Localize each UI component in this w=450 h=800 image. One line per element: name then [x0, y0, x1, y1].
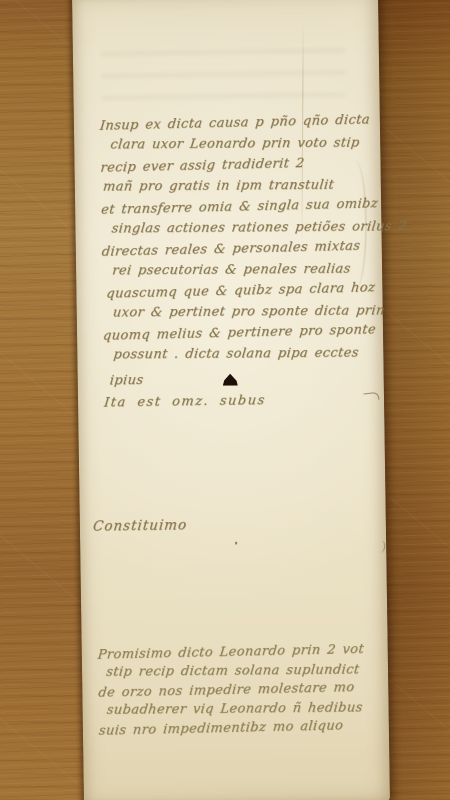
pen-flourish — [376, 540, 386, 553]
wormhole — [223, 374, 238, 386]
manuscript-page: Insup ex dicta causa p pño qño dicta cla… — [72, 0, 390, 800]
ink-showthrough — [101, 43, 346, 113]
manuscript-line: possunt . dicta solana pipa ecctes — [102, 342, 380, 365]
ink-dot — [235, 542, 237, 545]
attestation-line: Ita est omz. subus — [103, 390, 305, 414]
bottom-text-block: Promisimo dicto Leonardo prin 2 vot stip… — [98, 640, 385, 739]
photo-of-manuscript: Insup ex dicta causa p pño qño dicta cla… — [0, 0, 450, 800]
middle-annotation: Constituimo — [92, 514, 274, 538]
manuscript-line-ipius: ipius — [109, 369, 191, 391]
pen-flourish — [364, 392, 380, 402]
main-text-block: Insup ex dicta causa p pño qño dicta cla… — [100, 111, 380, 367]
